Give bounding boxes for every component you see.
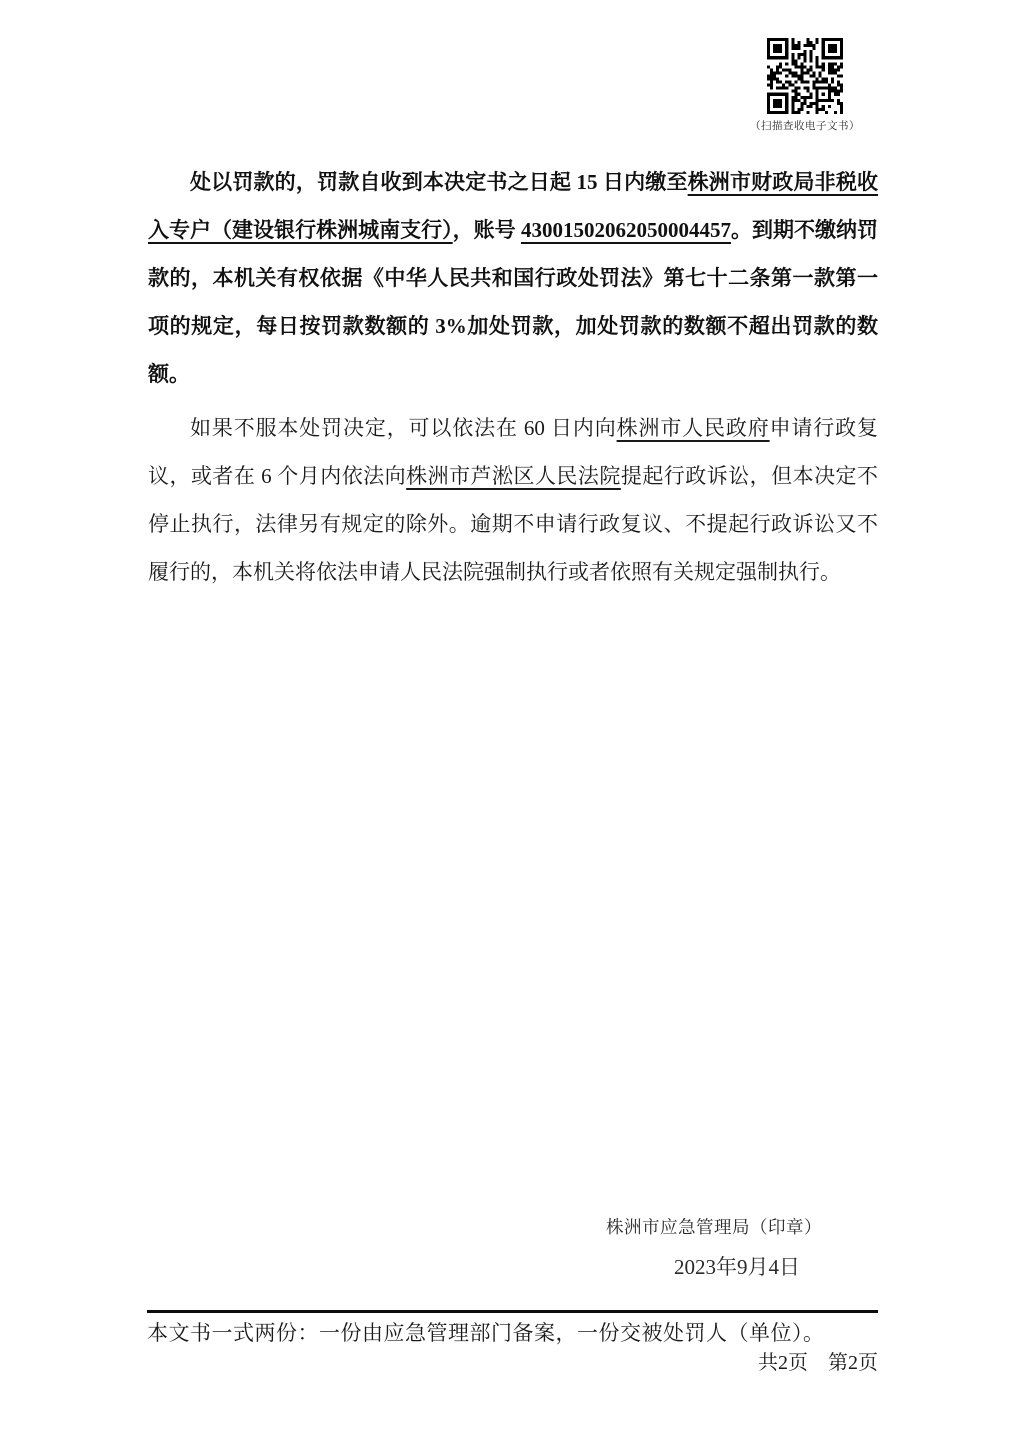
signature-agency: 株洲市应急管理局（印章） bbox=[148, 1212, 878, 1242]
qr-block: （扫描查收电子文书） bbox=[745, 38, 865, 135]
underlined-text-run: 43001502062050004457 bbox=[521, 218, 731, 242]
footer-divider bbox=[147, 1310, 878, 1313]
page-footer: 本文书一式两份：一份由应急管理部门备案，一份交被处罚人（单位）。 共2页 第2页 bbox=[147, 1310, 878, 1377]
text-run: 如果不服本处罚决定，可以依法在 60 日内向 bbox=[190, 416, 617, 440]
underlined-text-run: 株洲市芦淞区人民法院 bbox=[406, 464, 621, 488]
body-paragraph: 如果不服本处罚决定，可以依法在 60 日内向株洲市人民政府申请行政复议，或者在 … bbox=[148, 404, 878, 596]
underlined-text-run: 株洲市人民政府 bbox=[617, 416, 770, 440]
signature-block: 株洲市应急管理局（印章） 2023年9月4日 bbox=[148, 1212, 878, 1282]
text-run: ，账号 bbox=[453, 218, 521, 242]
signature-date: 2023年9月4日 bbox=[148, 1252, 878, 1282]
qr-code-icon bbox=[766, 38, 844, 114]
page-indicator: 共2页 第2页 bbox=[147, 1349, 878, 1377]
footer-note: 本文书一式两份：一份由应急管理部门备案，一份交被处罚人（单位）。 bbox=[147, 1318, 878, 1348]
qr-caption: （扫描查收电子文书） bbox=[745, 119, 865, 135]
body-paragraph: 处以罚款的，罚款自收到本决定书之日起 15 日内缴至株洲市财政局非税收入专户（建… bbox=[148, 158, 878, 398]
text-run: 。到期不缴纳罚款的，本机关有权依据《中华人民共和国行政处罚法》第七十二条第一款第… bbox=[148, 218, 878, 386]
document-page: （扫描查收电子文书） 处以罚款的，罚款自收到本决定书之日起 15 日内缴至株洲市… bbox=[0, 0, 1024, 1451]
document-body: 处以罚款的，罚款自收到本决定书之日起 15 日内缴至株洲市财政局非税收入专户（建… bbox=[148, 158, 878, 596]
text-run: 处以罚款的，罚款自收到本决定书之日起 15 日内缴至 bbox=[190, 170, 688, 194]
